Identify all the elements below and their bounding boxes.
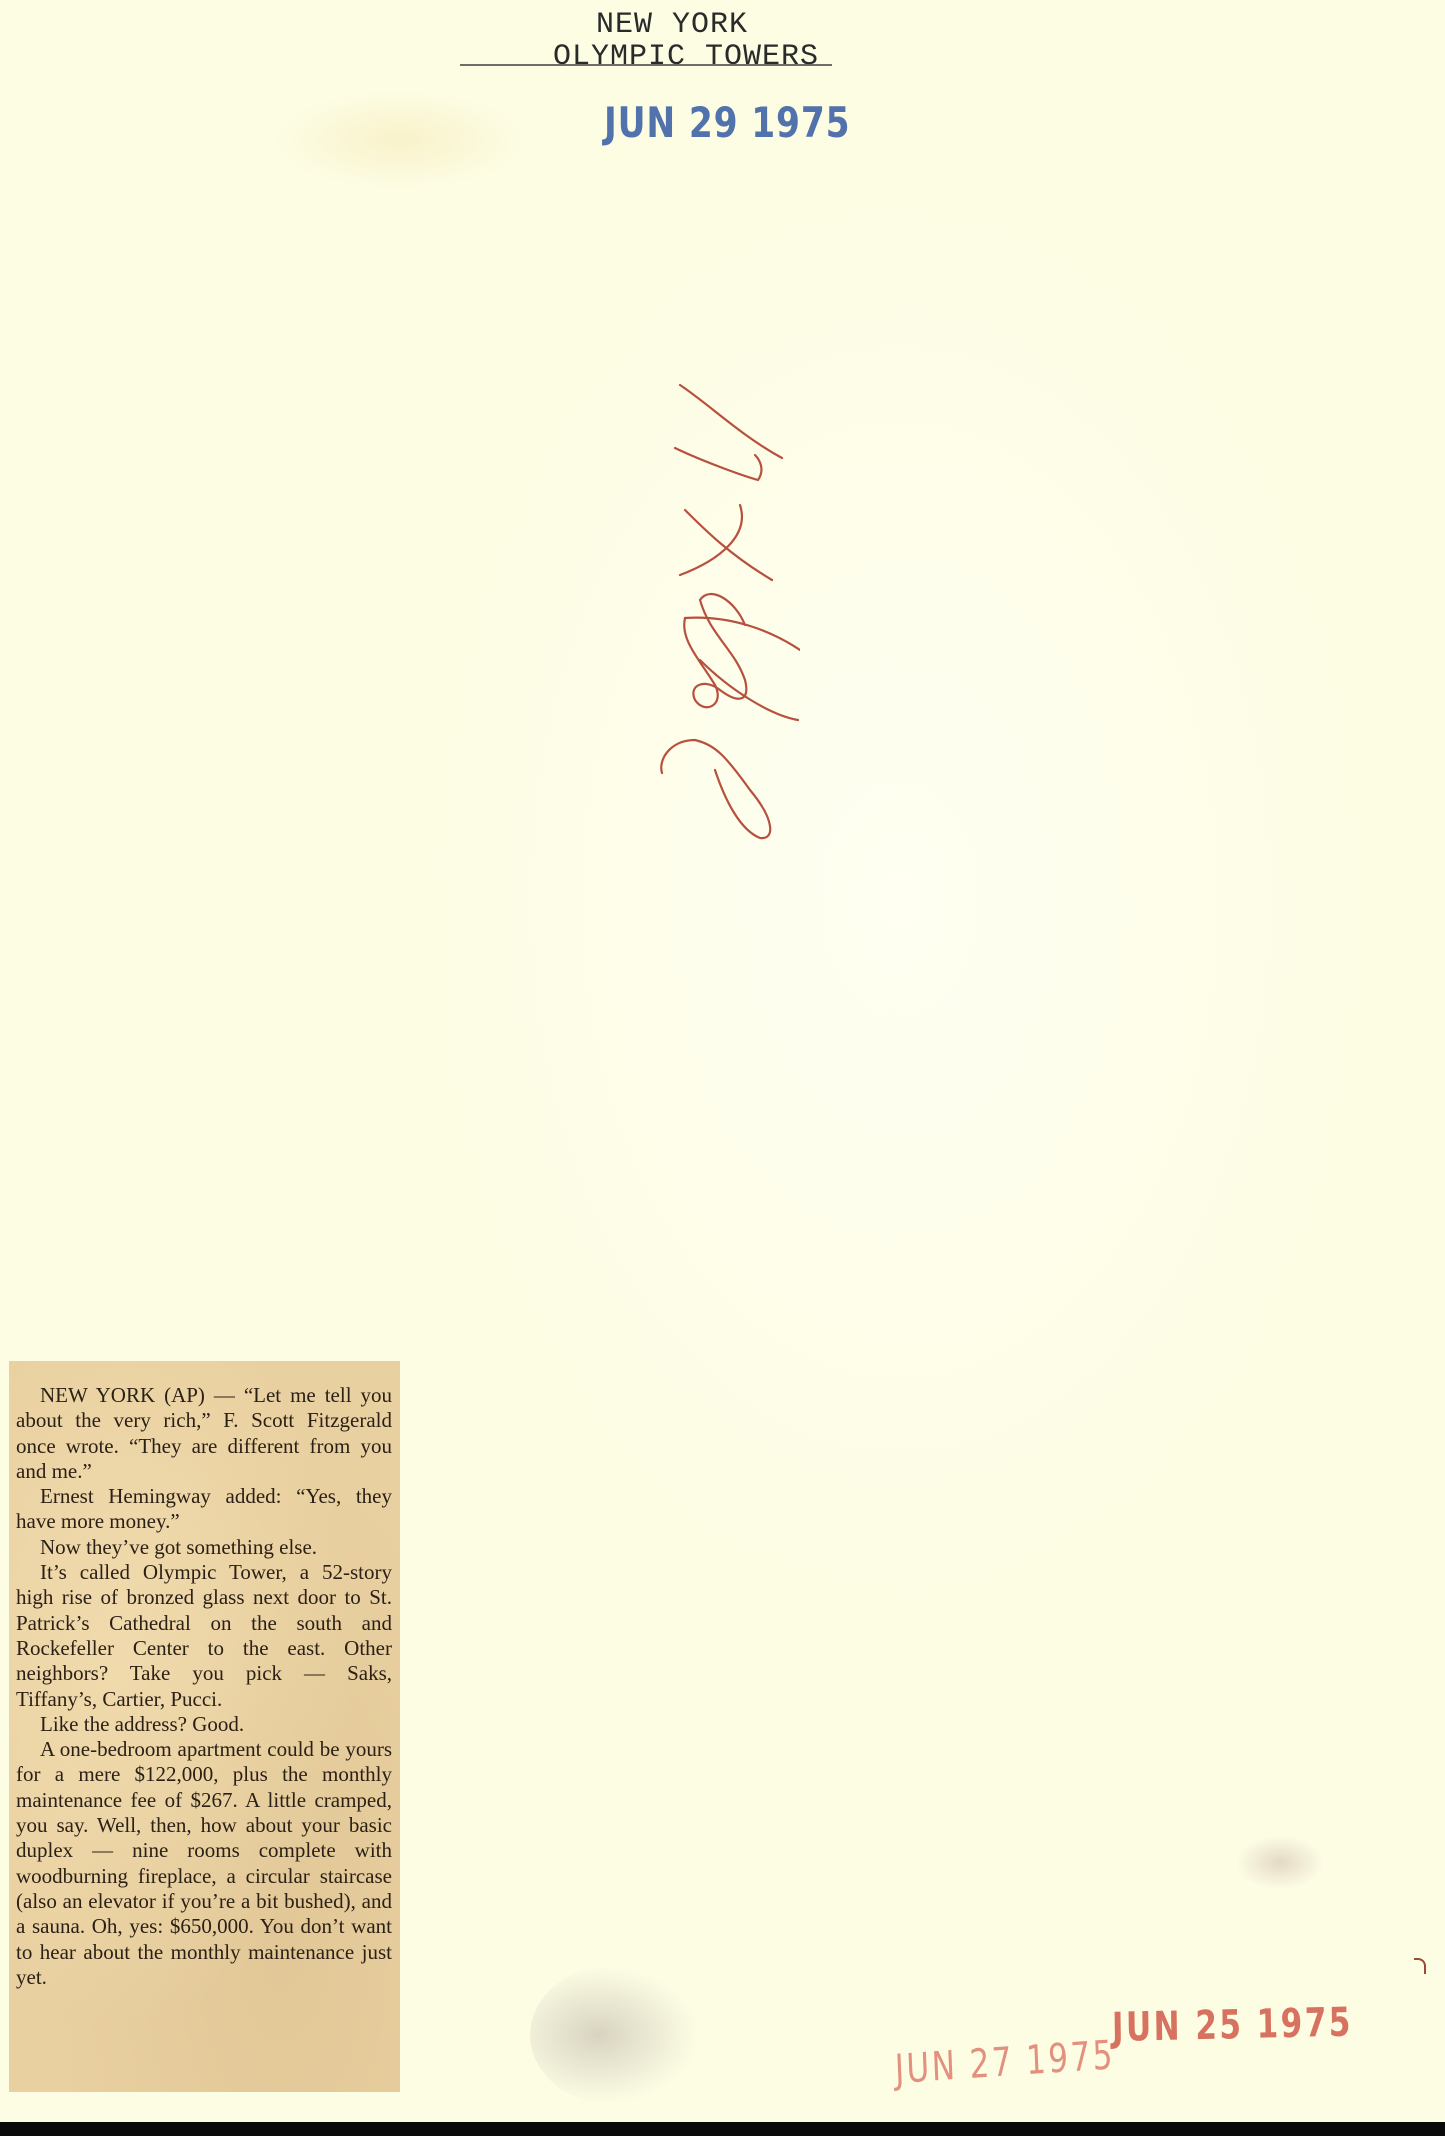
date-stamp-red-june-25: JUN 25 1975: [1112, 2000, 1353, 2051]
clipping-paragraph: Like the address? Good.: [16, 1712, 392, 1737]
clipping-paragraph: A one-bedroom apartment could be yours f…: [16, 1737, 392, 1990]
clipping-paragraph: NEW YORK (AP) — “Let me tell you about t…: [16, 1383, 392, 1484]
strikethrough-line: [460, 64, 832, 66]
newspaper-clipping: NEW YORK (AP) — “Let me tell you about t…: [9, 1361, 400, 2092]
clipping-paragraph: It’s called Olympic Tower, a 52-story hi…: [16, 1560, 392, 1712]
clipping-paragraph: Ernest Hemingway added: “Yes, they have …: [16, 1484, 392, 1535]
ink-mark: [1414, 1958, 1426, 1974]
typed-caption-city: NEW YORK: [596, 8, 748, 42]
scan-border: [0, 2122, 1445, 2136]
date-stamp-red-june-27: JUN 27 1975: [894, 2032, 1116, 2093]
stain-smudge: [1235, 1835, 1325, 1890]
clipping-paragraph: Now they’ve got something else.: [16, 1535, 392, 1560]
typed-caption-subject: OLYMPIC TOWERS: [553, 40, 819, 74]
date-stamp-blue: JUN 29 1975: [604, 98, 850, 147]
handwritten-size-note: 11x8e: [600, 360, 800, 850]
stain-smudge: [530, 1965, 700, 2105]
